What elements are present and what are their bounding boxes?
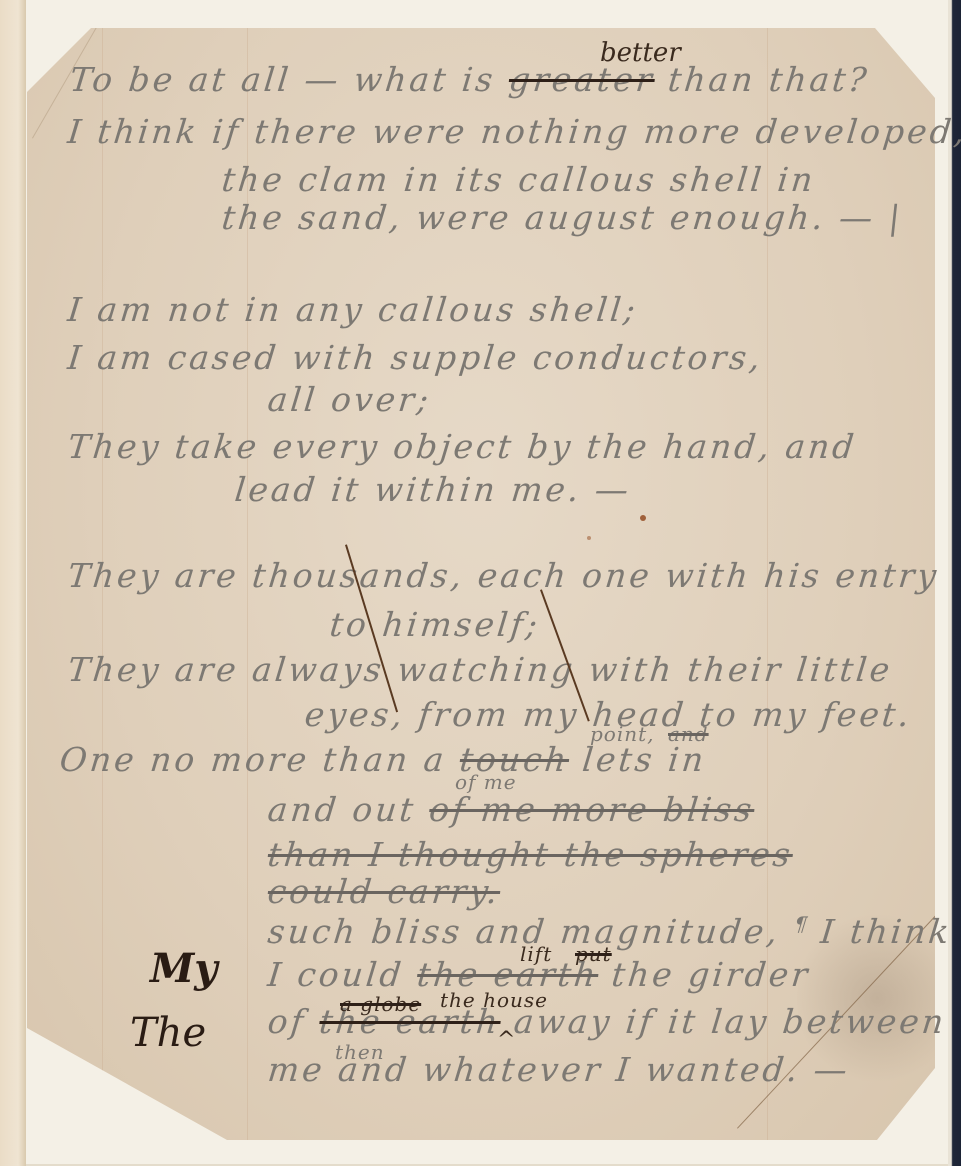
manuscript-line: to himself;: [328, 605, 542, 644]
insertion-put-struck: put: [575, 942, 612, 966]
ink-spot: [587, 536, 591, 540]
margin-note-the: The: [130, 1010, 206, 1056]
manuscript-line: They are thousands, each one with his en…: [66, 556, 941, 595]
line-text: away if it lay between: [512, 1002, 948, 1041]
line-text: of: [266, 1002, 308, 1041]
manuscript-line: could carry.: [266, 872, 502, 911]
line-text: I could: [266, 955, 406, 994]
paragraph-mark: ¶: [793, 912, 809, 936]
ink-spot: [640, 515, 646, 521]
line-text: the sand, were august enough. —: [220, 198, 877, 237]
struck-text: of me more bliss: [427, 790, 756, 829]
insertion-of-me: of me: [455, 770, 517, 794]
manuscript-line: They are always watching with their litt…: [66, 650, 894, 689]
line-text: To be at all — what is: [68, 60, 498, 99]
manuscript-line: To be at all — what is greater than that…: [68, 60, 871, 99]
manuscript-line: I think if there were nothing more devel…: [66, 112, 961, 151]
line-text: than that?: [666, 60, 871, 99]
insertion-and-struck: and: [668, 722, 709, 746]
manuscript-line: the sand, were august enough. — |: [220, 198, 905, 237]
insertion-better: better: [600, 38, 681, 68]
binding-edge: [948, 0, 961, 1166]
insertion-a-globe-struck: a globe: [340, 992, 421, 1016]
insertion-then: then: [335, 1040, 385, 1064]
manuscript-line: lead it within me. —: [233, 470, 633, 509]
line-text: One no more than a: [58, 740, 449, 779]
margin-note-my: My: [150, 945, 218, 992]
line-text: I think: [819, 912, 954, 951]
line-text: and out: [266, 790, 418, 829]
manuscript-line: than I thought the spheres: [266, 835, 795, 874]
insertion-point: point,: [590, 722, 655, 746]
manuscript-line: all over;: [266, 380, 433, 419]
manuscript-line: the clam in its callous shell in: [220, 160, 818, 199]
left-page-fold: [0, 0, 26, 1166]
manuscript-line: I am cased with supple conductors,: [66, 338, 765, 377]
manuscript-line: They take every object by the hand, and: [66, 427, 859, 466]
manuscript-line: and out of me more bliss: [266, 790, 756, 829]
manuscript-line: I am not in any callous shell;: [66, 290, 640, 329]
insertion-the-house: the house: [440, 988, 548, 1012]
insertion-lift: lift: [520, 942, 552, 966]
line-text: the girder: [610, 955, 813, 994]
